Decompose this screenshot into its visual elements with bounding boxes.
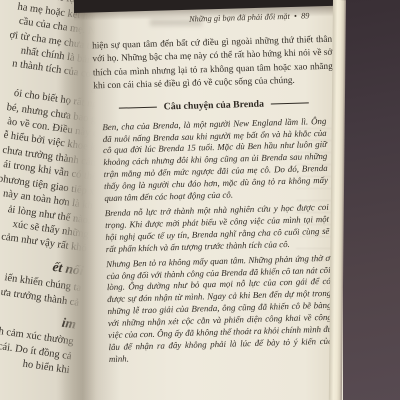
- heading-rule-right: [271, 102, 309, 104]
- story-paragraph: Brenda nỗ lực trở thành một nhà nghiên c…: [105, 202, 330, 256]
- section-heading-row: Câu chuyện của Brenda: [94, 96, 334, 114]
- book-photo: n thành và số lựúng ta có thể lựa chọn n…: [0, 0, 400, 400]
- section-heading: Câu chuyện của Brenda: [164, 98, 265, 112]
- heading-rule-left: [119, 106, 157, 108]
- story-block: Ben, cha của Brenda, là một người New En…: [102, 116, 333, 366]
- intro-paragraph: hiện sự quan tâm đến bất cứ điều gì ngoà…: [92, 34, 333, 94]
- background: [343, 0, 400, 400]
- story-paragraph: Ben, cha của Brenda, là một người New En…: [102, 116, 328, 206]
- right-page-content: Những gì bạn đã phải đối mặt • 89 hiện s…: [91, 0, 341, 369]
- story-paragraph: Nhưng Ben tỏ ra không mấy quan tâm. Nhữn…: [106, 252, 333, 365]
